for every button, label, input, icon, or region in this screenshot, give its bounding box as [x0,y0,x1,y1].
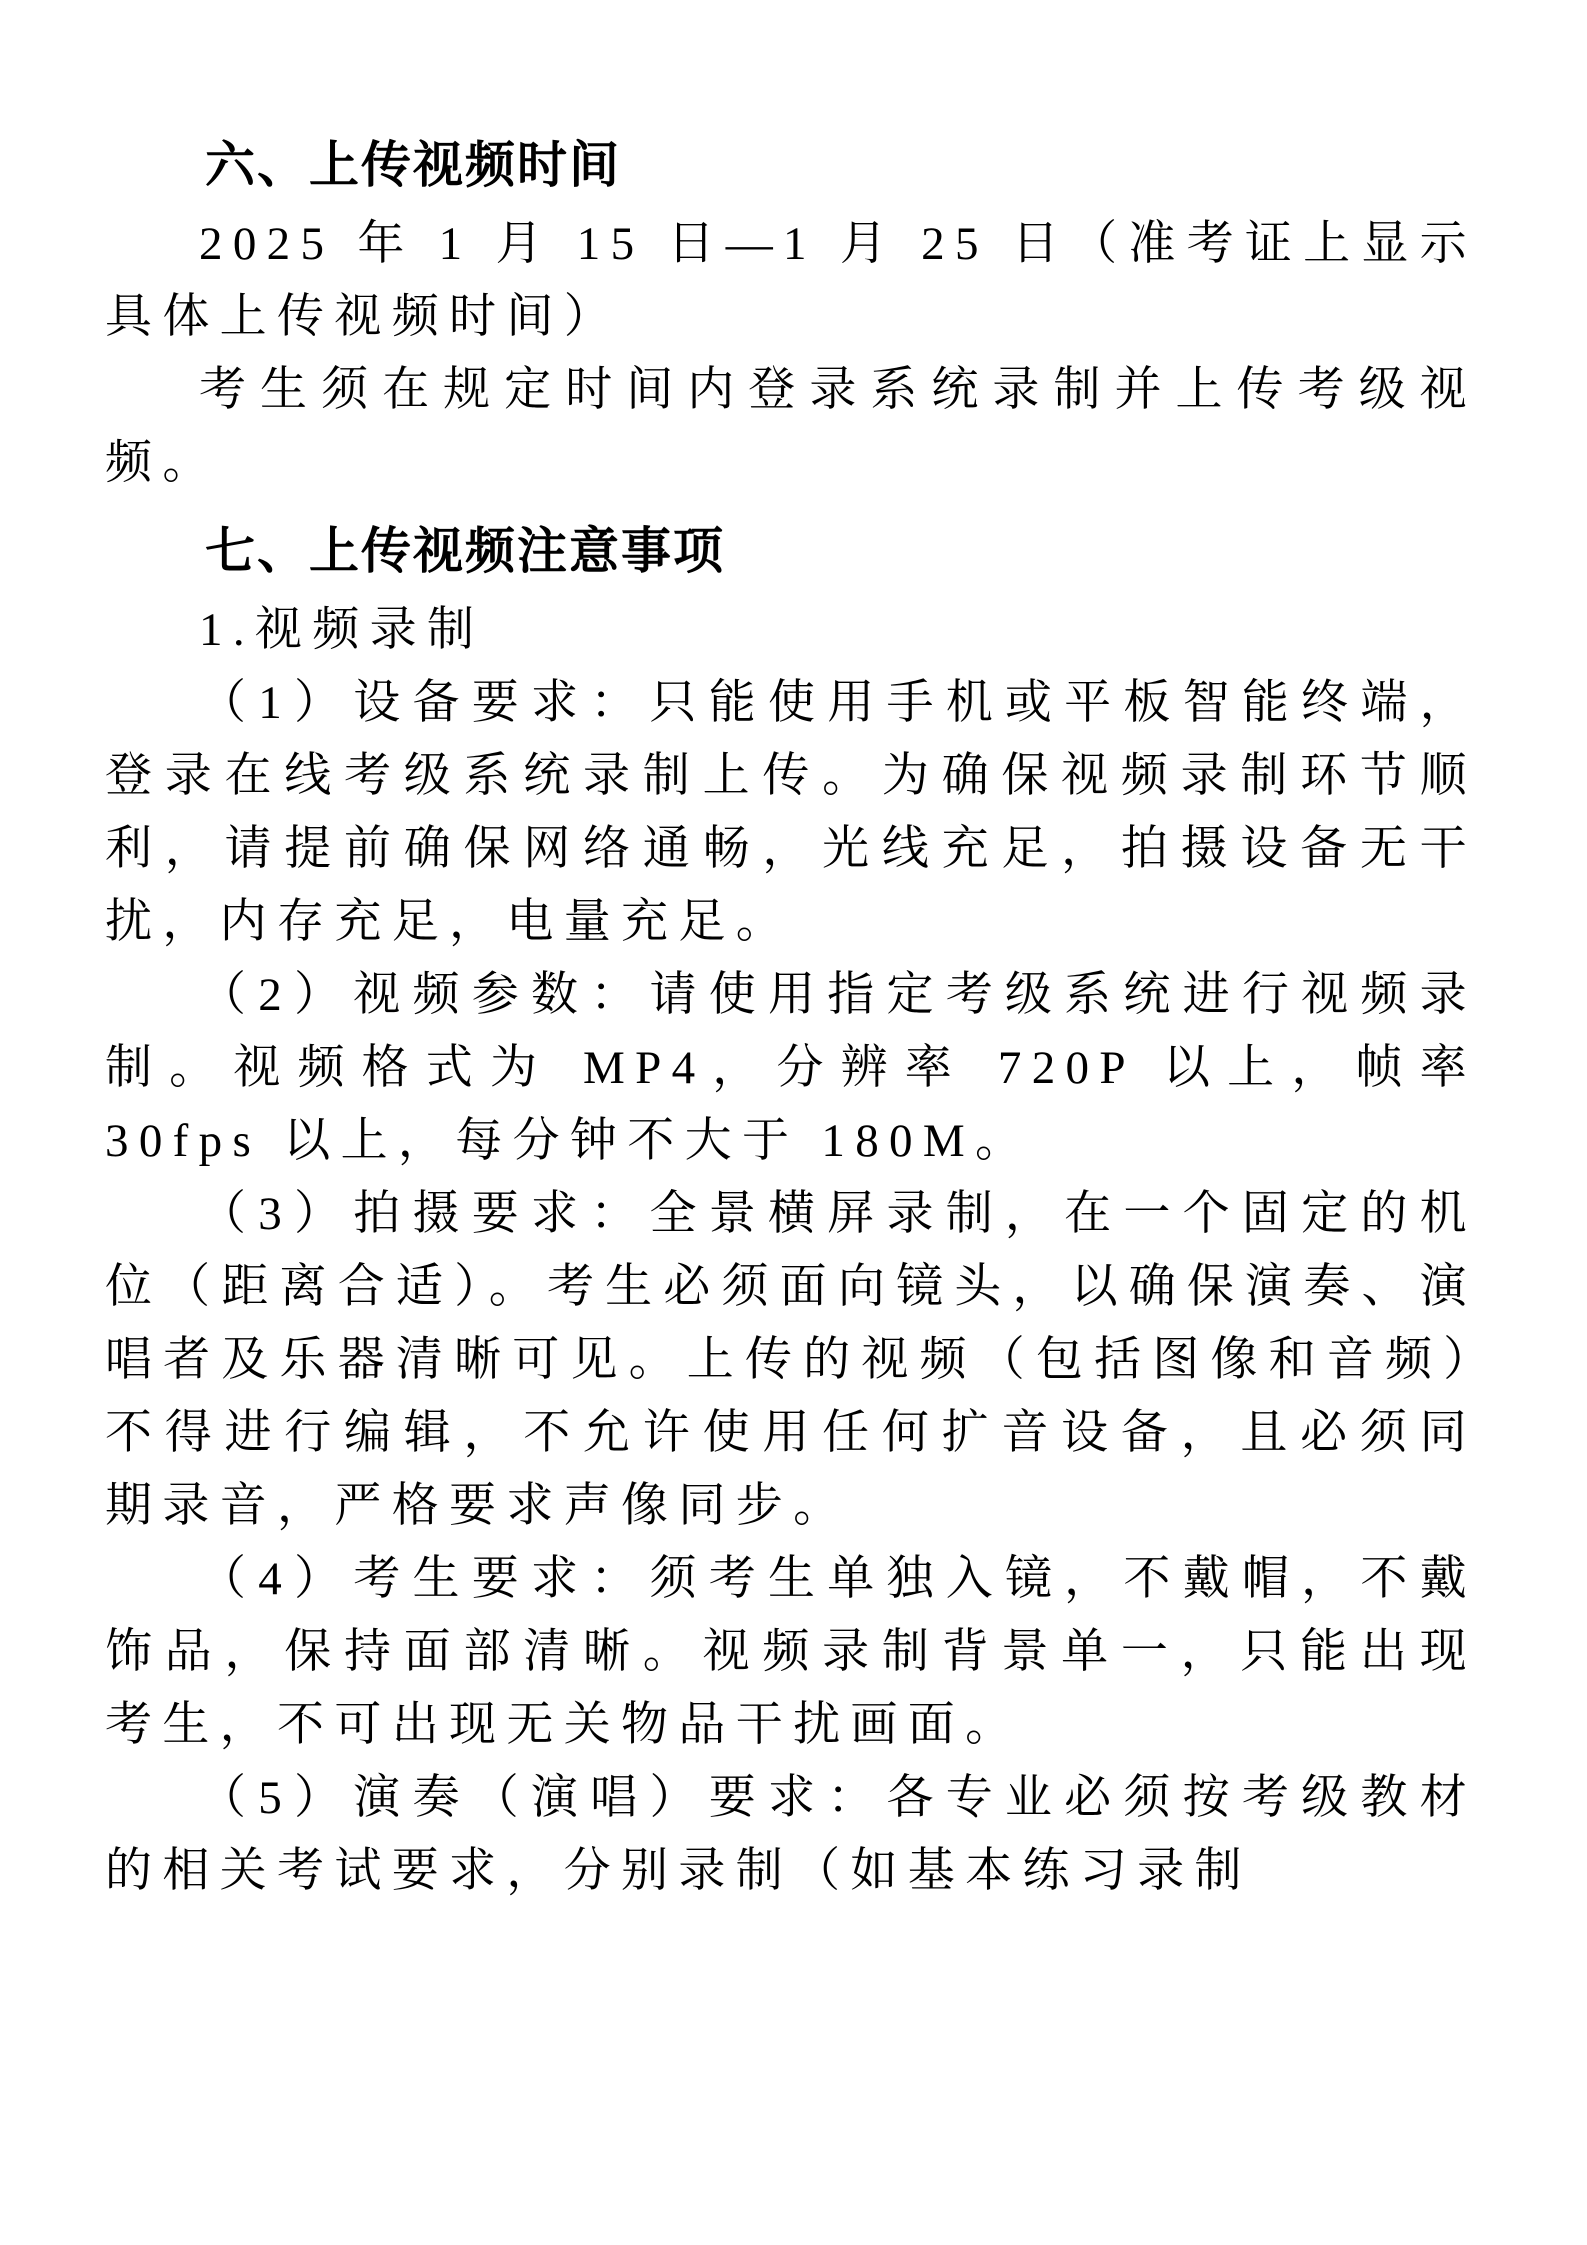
heading-upload-video-time: 六、上传视频时间 [105,122,1477,208]
paragraph-shooting-requirements: （3）拍摄要求：全景横屏录制，在一个固定的机位（距离合适）。考生必须面向镜头，以… [105,1178,1477,1543]
heading-upload-video-notes: 七、上传视频注意事项 [105,508,1477,594]
paragraph-candidate-requirements: （4）考生要求：须考生单独入镜，不戴帽，不戴饰品，保持面部清晰。视频录制背景单一… [105,1543,1477,1762]
paragraph-video-parameters: （2）视频参数：请使用指定考级系统进行视频录制。视频格式为 MP4，分辨率 72… [105,959,1477,1178]
paragraph-upload-window: 2025 年 1 月 15 日—1 月 25 日（准考证上显示具体上传视频时间） [105,208,1477,354]
document-page: 六、上传视频时间 2025 年 1 月 15 日—1 月 25 日（准考证上显示… [0,0,1587,2245]
list-item-video-recording: 1.视频录制 [105,594,1477,667]
paragraph-device-requirements: （1）设备要求：只能使用手机或平板智能终端，登录在线考级系统录制上传。为确保视频… [105,667,1477,959]
paragraph-performance-requirements: （5）演奏（演唱）要求：各专业必须按考级教材的相关考试要求，分别录制（如基本练习… [105,1762,1477,1908]
paragraph-login-requirement: 考生须在规定时间内登录系统录制并上传考级视频。 [105,354,1477,500]
